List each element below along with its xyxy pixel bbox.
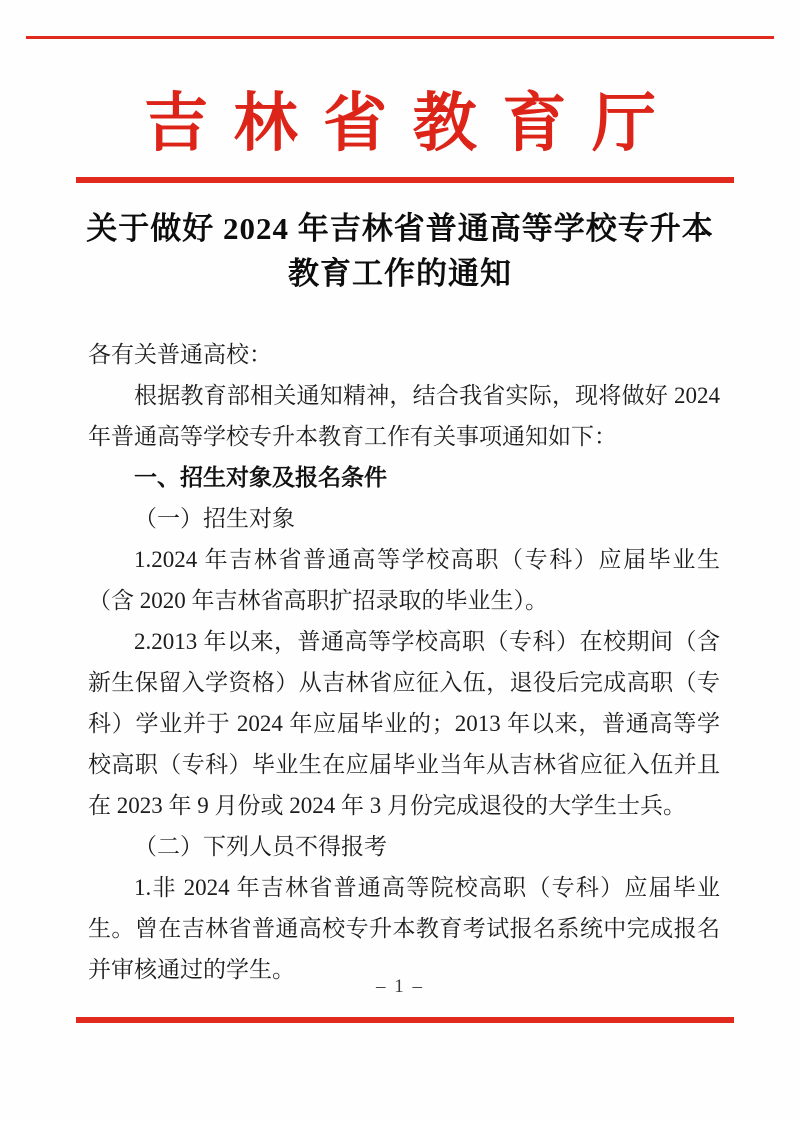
- top-rule: [26, 36, 774, 39]
- doc-paragraph: 根据教育部相关通知精神，结合我省实际，现将做好 2024 年普通高等学校专升本教…: [88, 375, 720, 457]
- salutation: 各有关普通高校：: [88, 334, 720, 375]
- page-number: – 1 –: [0, 976, 800, 998]
- section-heading: 一、招生对象及报名条件: [88, 457, 720, 498]
- document-page: 吉林省教育厅 关于做好 2024 年吉林省普通高等学校专升本 教育工作的通知 各…: [0, 0, 800, 1121]
- doc-paragraph: 1.非 2024 年吉林省普通高等院校高职（专科）应届毕业生。曾在吉林省普通高校…: [88, 867, 720, 990]
- agency-letterhead: 吉林省教育厅: [0, 74, 800, 174]
- document-body: 各有关普通高校： 根据教育部相关通知精神，结合我省实际，现将做好 2024 年普…: [88, 334, 720, 990]
- doc-paragraph: 2.2013 年以来，普通高等学校高职（专科）在校期间（含新生保留入学资格）从吉…: [88, 621, 720, 826]
- document-title-line1: 关于做好 2024 年吉林省普通高等学校专升本: [60, 206, 740, 251]
- document-title-line2: 教育工作的通知: [60, 251, 740, 296]
- doc-paragraph: 1.2024 年吉林省普通高等学校高职（专科）应届毕业生（含 2020 年吉林省…: [88, 539, 720, 621]
- subsection-heading: （一）招生对象: [88, 498, 720, 539]
- subsection-heading: （二）下列人员不得报考: [88, 826, 720, 867]
- letterhead-divider-rule: [76, 177, 734, 183]
- document-title: 关于做好 2024 年吉林省普通高等学校专升本 教育工作的通知: [60, 206, 740, 296]
- footer-rule: [76, 1017, 734, 1023]
